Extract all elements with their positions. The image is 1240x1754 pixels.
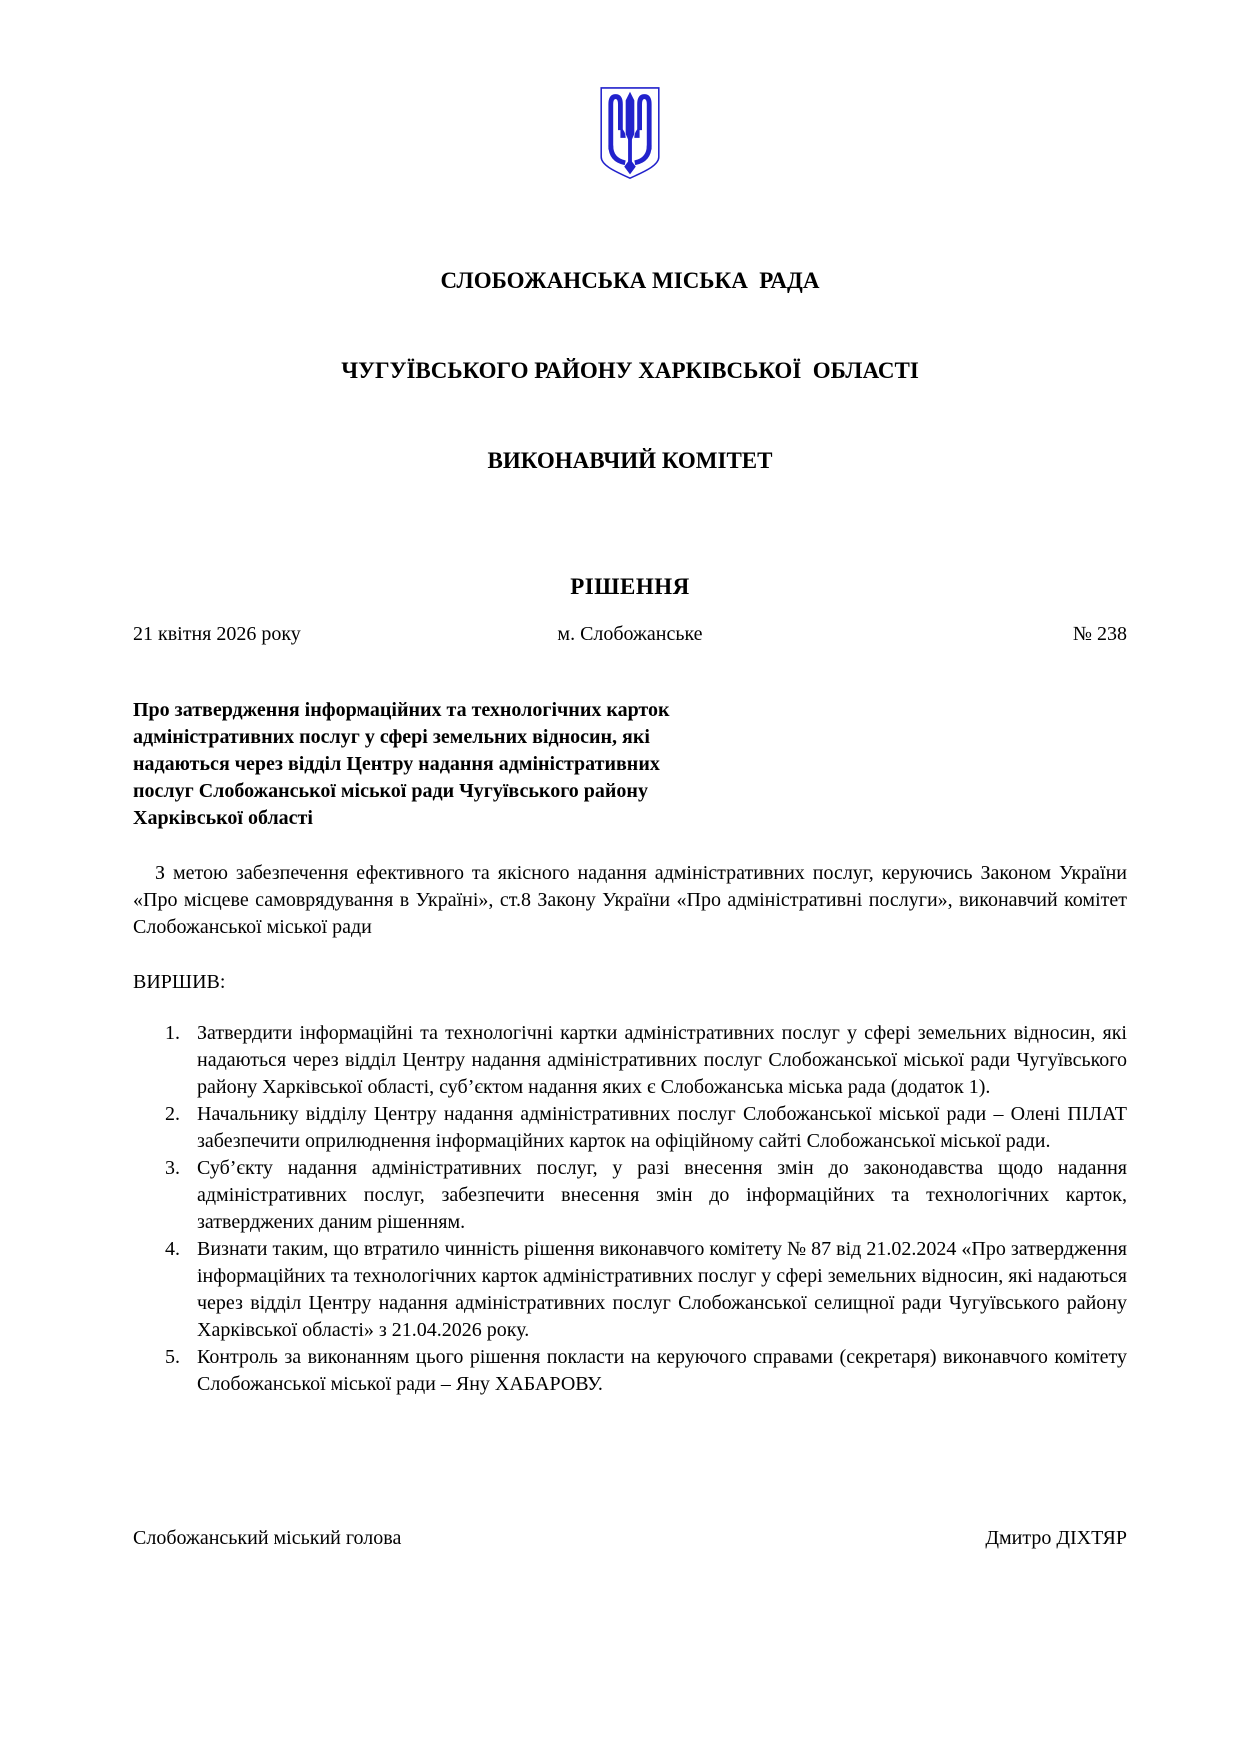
document-place: м. Слобожанське <box>464 622 795 647</box>
item-text: Суб’єкту надання адміністративних послуг… <box>197 1155 1127 1236</box>
document-number: № 238 <box>796 622 1127 647</box>
list-item: 3. Суб’єкту надання адміністративних пос… <box>165 1155 1127 1236</box>
list-item: 5. Контроль за виконанням цього рішення … <box>165 1344 1127 1398</box>
document-subject: Про затвердження інформаційних та технол… <box>133 697 693 832</box>
preamble-paragraph: З метою забезпечення ефективного та якіс… <box>133 860 1127 941</box>
item-text: Визнати таким, що втратило чинність ріше… <box>197 1236 1127 1344</box>
ukraine-trident-shield-icon <box>599 86 661 182</box>
item-text: Контроль за виконанням цього рішення пок… <box>197 1344 1127 1398</box>
signature-name: Дмитро ДІХТЯР <box>985 1526 1127 1551</box>
item-number: 1. <box>165 1020 197 1101</box>
list-item: 1. Затвердити інформаційні та технологіч… <box>165 1020 1127 1101</box>
signature-row: Слобожанський міський голова Дмитро ДІХТ… <box>133 1526 1127 1551</box>
resolved-label: ВИРШИВ: <box>133 969 1127 996</box>
org-name-line3: ВИКОНАВЧИЙ КОМІТЕТ <box>133 446 1127 476</box>
list-item: 4. Визнати таким, що втратило чинність р… <box>165 1236 1127 1344</box>
org-header: СЛОБОЖАНСЬКА МІСЬКА РАДА ЧУГУЇВСЬКОГО РА… <box>133 206 1127 536</box>
item-text: Начальнику відділу Центру надання адміні… <box>197 1101 1127 1155</box>
item-number: 5. <box>165 1344 197 1398</box>
resolution-list: 1. Затвердити інформаційні та технологіч… <box>133 1020 1127 1398</box>
org-name-line2: ЧУГУЇВСЬКОГО РАЙОНУ ХАРКІВСЬКОЇ ОБЛАСТІ <box>133 356 1127 386</box>
item-number: 3. <box>165 1155 197 1236</box>
list-item: 2. Начальнику відділу Центру надання адм… <box>165 1101 1127 1155</box>
document-page: СЛОБОЖАНСЬКА МІСЬКА РАДА ЧУГУЇВСЬКОГО РА… <box>0 0 1240 1754</box>
item-number: 2. <box>165 1101 197 1155</box>
item-text: Затвердити інформаційні та технологічні … <box>197 1020 1127 1101</box>
org-name-line1: СЛОБОЖАНСЬКА МІСЬКА РАДА <box>133 266 1127 296</box>
emblem <box>133 86 1127 182</box>
document-date: 21 квітня 2026 року <box>133 622 464 647</box>
document-type-title: РІШЕННЯ <box>133 574 1127 600</box>
meta-row: 21 квітня 2026 року м. Слобожанське № 23… <box>133 622 1127 647</box>
item-number: 4. <box>165 1236 197 1344</box>
signature-title: Слобожанський міський голова <box>133 1526 401 1551</box>
